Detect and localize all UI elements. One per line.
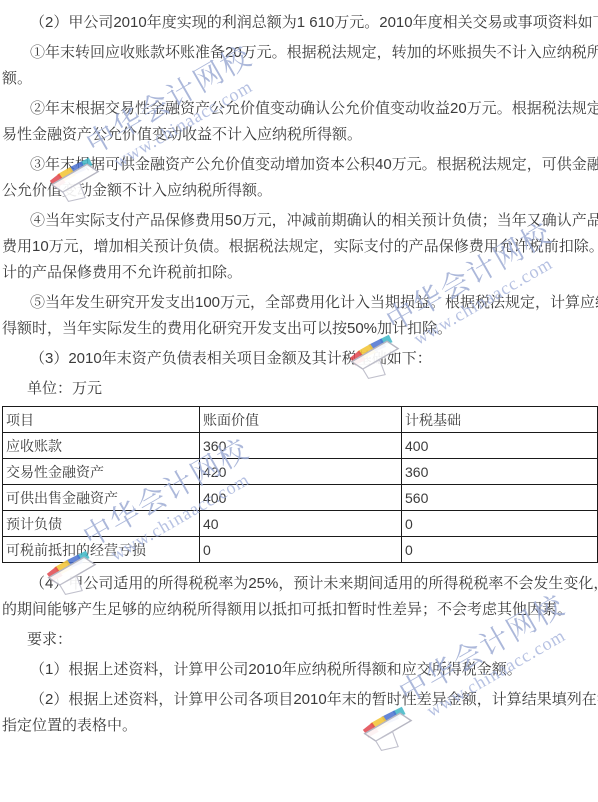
tax-basis-table: 项目 账面价值 计税基础 应收账款 360 400 交易性金融资产 420 36… <box>2 406 598 563</box>
paragraph: ②年末根据交易性金融资产公允价值变动确认公允价值变动收益20万元。根据税法规定，… <box>2 96 598 148</box>
text-line: 得额时，当年实际发生的费用化研究开发支出可以按50%加计扣除。 <box>2 316 598 342</box>
cell-value: 40 <box>200 511 402 537</box>
paragraph: （2）根据上述资料，计算甲公司各项目2010年末的暂时性差异金额，计算结果填列在… <box>2 687 598 739</box>
unit-label: 单位：万元 <box>2 376 598 402</box>
table-row: 可供出售金融资产 400 560 <box>3 485 598 511</box>
cell-label: 交易性金融资产 <box>3 459 200 485</box>
cell-label: 可供出售金融资产 <box>3 485 200 511</box>
text-line: 指定位置的表格中。 <box>2 713 598 739</box>
paragraph: （2）甲公司2010年度实现的利润总额为1 610万元。2010年度相关交易或事… <box>2 10 598 36</box>
cell-value: 0 <box>402 511 598 537</box>
text-line: 公允价值变动金额不计入应纳税所得额。 <box>2 178 598 204</box>
paragraph: （1）根据上述资料，计算甲公司2010年应纳税所得额和应交所得税金额。 <box>2 657 598 683</box>
text-line: （3）2010年末资产负债表相关项目金额及其计税基础如下： <box>2 346 598 372</box>
paragraph: ③年末根据可供金融资产公允价值变动增加资本公积40万元。根据税法规定，可供金融资… <box>2 152 598 204</box>
header-tax-basis: 计税基础 <box>402 407 598 433</box>
cell-value: 360 <box>402 459 598 485</box>
text-line: （1）根据上述资料，计算甲公司2010年应纳税所得额和应交所得税金额。 <box>2 657 598 683</box>
table-row: 可税前抵扣的经营亏损 0 0 <box>3 537 598 563</box>
paragraph: （3）2010年末资产负债表相关项目金额及其计税基础如下： <box>2 346 598 372</box>
text-line: ④当年实际支付产品保修费用50万元，冲减前期确认的相关预计负债；当年又确认产品保… <box>2 208 598 234</box>
text-line: （2）根据上述资料，计算甲公司各项目2010年末的暂时性差异金额，计算结果填列在… <box>2 687 598 713</box>
table-row: 交易性金融资产 420 360 <box>3 459 598 485</box>
text-line: ③年末根据可供金融资产公允价值变动增加资本公积40万元。根据税法规定，可供金融资… <box>2 152 598 178</box>
header-book-value: 账面价值 <box>200 407 402 433</box>
paragraph: ④当年实际支付产品保修费用50万元，冲减前期确认的相关预计负债；当年又确认产品保… <box>2 208 598 286</box>
text-line: ②年末根据交易性金融资产公允价值变动确认公允价值变动收益20万元。根据税法规定，… <box>2 96 598 122</box>
requirements-heading: 要求： <box>2 627 598 653</box>
cell-value: 360 <box>200 433 402 459</box>
cell-value: 0 <box>200 537 402 563</box>
text-line: ①年末转回应收账款坏账准备20万元。根据税法规定，转加的坏账损失不计入应纳税所得 <box>2 40 598 66</box>
text-line: ⑤当年发生研究开发支出100万元，全部费用化计入当期损益。根据税法规定，计算应纳… <box>2 290 598 316</box>
cell-label: 应收账款 <box>3 433 200 459</box>
paragraph: ①年末转回应收账款坏账准备20万元。根据税法规定，转加的坏账损失不计入应纳税所得… <box>2 40 598 92</box>
table-row: 应收账款 360 400 <box>3 433 598 459</box>
text-line: 的期间能够产生足够的应纳税所得额用以抵扣可抵扣暂时性差异；不会考虑其他因素。 <box>2 597 598 623</box>
text-line: （4）甲公司适用的所得税税率为25%，预计未来期间适用的所得税税率不会发生变化，… <box>2 571 598 597</box>
text-line: 要求： <box>2 627 598 653</box>
cell-value: 400 <box>200 485 402 511</box>
cell-value: 0 <box>402 537 598 563</box>
table-header-row: 项目 账面价值 计税基础 <box>3 407 598 433</box>
document-page: （2）甲公司2010年度实现的利润总额为1 610万元。2010年度相关交易或事… <box>0 0 598 746</box>
cell-value: 420 <box>200 459 402 485</box>
text-line: 易性金融资产公允价值变动收益不计入应纳税所得额。 <box>2 122 598 148</box>
paragraph: ⑤当年发生研究开发支出100万元，全部费用化计入当期损益。根据税法规定，计算应纳… <box>2 290 598 342</box>
text-line: 费用10万元，增加相关预计负债。根据税法规定，实际支付的产品保修费用允许税前扣除… <box>2 234 598 260</box>
text-line: 单位：万元 <box>2 376 598 402</box>
paragraph: （4）甲公司适用的所得税税率为25%，预计未来期间适用的所得税税率不会发生变化，… <box>2 571 598 623</box>
cell-value: 400 <box>402 433 598 459</box>
cell-label: 可税前抵扣的经营亏损 <box>3 537 200 563</box>
header-item: 项目 <box>3 407 200 433</box>
cell-value: 560 <box>402 485 598 511</box>
text-line: 计的产品保修费用不允许税前扣除。 <box>2 260 598 286</box>
table-row: 预计负债 40 0 <box>3 511 598 537</box>
text-line: （2）甲公司2010年度实现的利润总额为1 610万元。2010年度相关交易或事… <box>2 10 598 36</box>
text-line: 额。 <box>2 66 598 92</box>
cell-label: 预计负债 <box>3 511 200 537</box>
